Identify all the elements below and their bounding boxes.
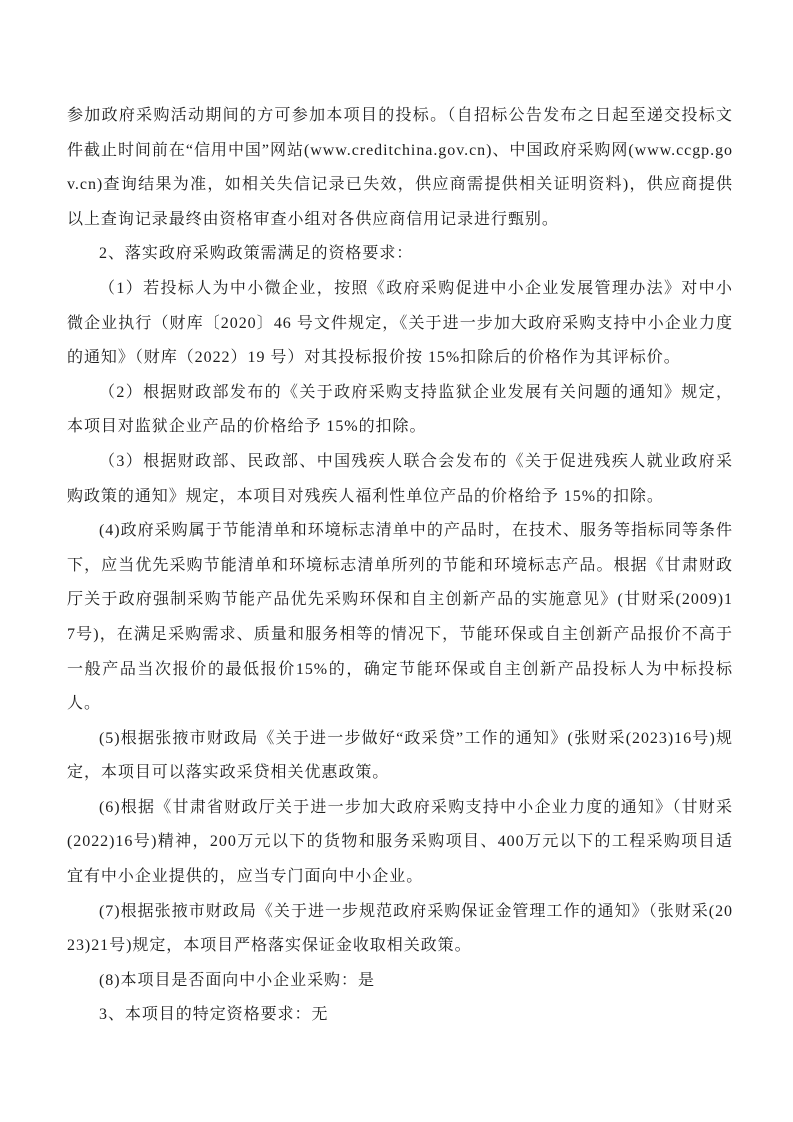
paragraph: (7)根据张掖市财政局《关于进一步规范政府采购保证金管理工作的通知》（张财采(2… bbox=[67, 895, 733, 964]
paragraph: (6)根据《甘肃省财政厅关于进一步加大政府采购支持中小企业力度的通知》（甘财采(… bbox=[67, 791, 733, 895]
document-page: 参加政府采购活动期间的方可参加本项目的投标。（自招标公告发布之日起至递交投标文件… bbox=[0, 0, 793, 1122]
paragraph: (5)根据张掖市财政局《关于进一步做好“政采贷”工作的通知》(张财采(2023)… bbox=[67, 722, 733, 791]
paragraph: （1）若投标人为中小微企业，按照《政府采购促进中小企业发展管理办法》对中小微企业… bbox=[67, 272, 733, 376]
paragraph: 参加政府采购活动期间的方可参加本项目的投标。（自招标公告发布之日起至递交投标文件… bbox=[67, 99, 733, 237]
paragraph: （2）根据财政部发布的《关于政府采购支持监狱企业发展有关问题的通知》规定，本项目… bbox=[67, 376, 733, 445]
paragraph: (4)政府采购属于节能清单和环境标志清单中的产品时，在技术、服务等指标同等条件下… bbox=[67, 514, 733, 722]
paragraph: (8)本项目是否面向中小企业采购：是 bbox=[67, 964, 733, 999]
document-body: 参加政府采购活动期间的方可参加本项目的投标。（自招标公告发布之日起至递交投标文件… bbox=[67, 99, 733, 1033]
paragraph: 3、本项目的特定资格要求：无 bbox=[67, 998, 733, 1033]
paragraph: 2、落实政府采购政策需满足的资格要求： bbox=[67, 237, 733, 272]
paragraph: （3）根据财政部、民政部、中国残疾人联合会发布的《关于促进残疾人就业政府采购政策… bbox=[67, 445, 733, 514]
